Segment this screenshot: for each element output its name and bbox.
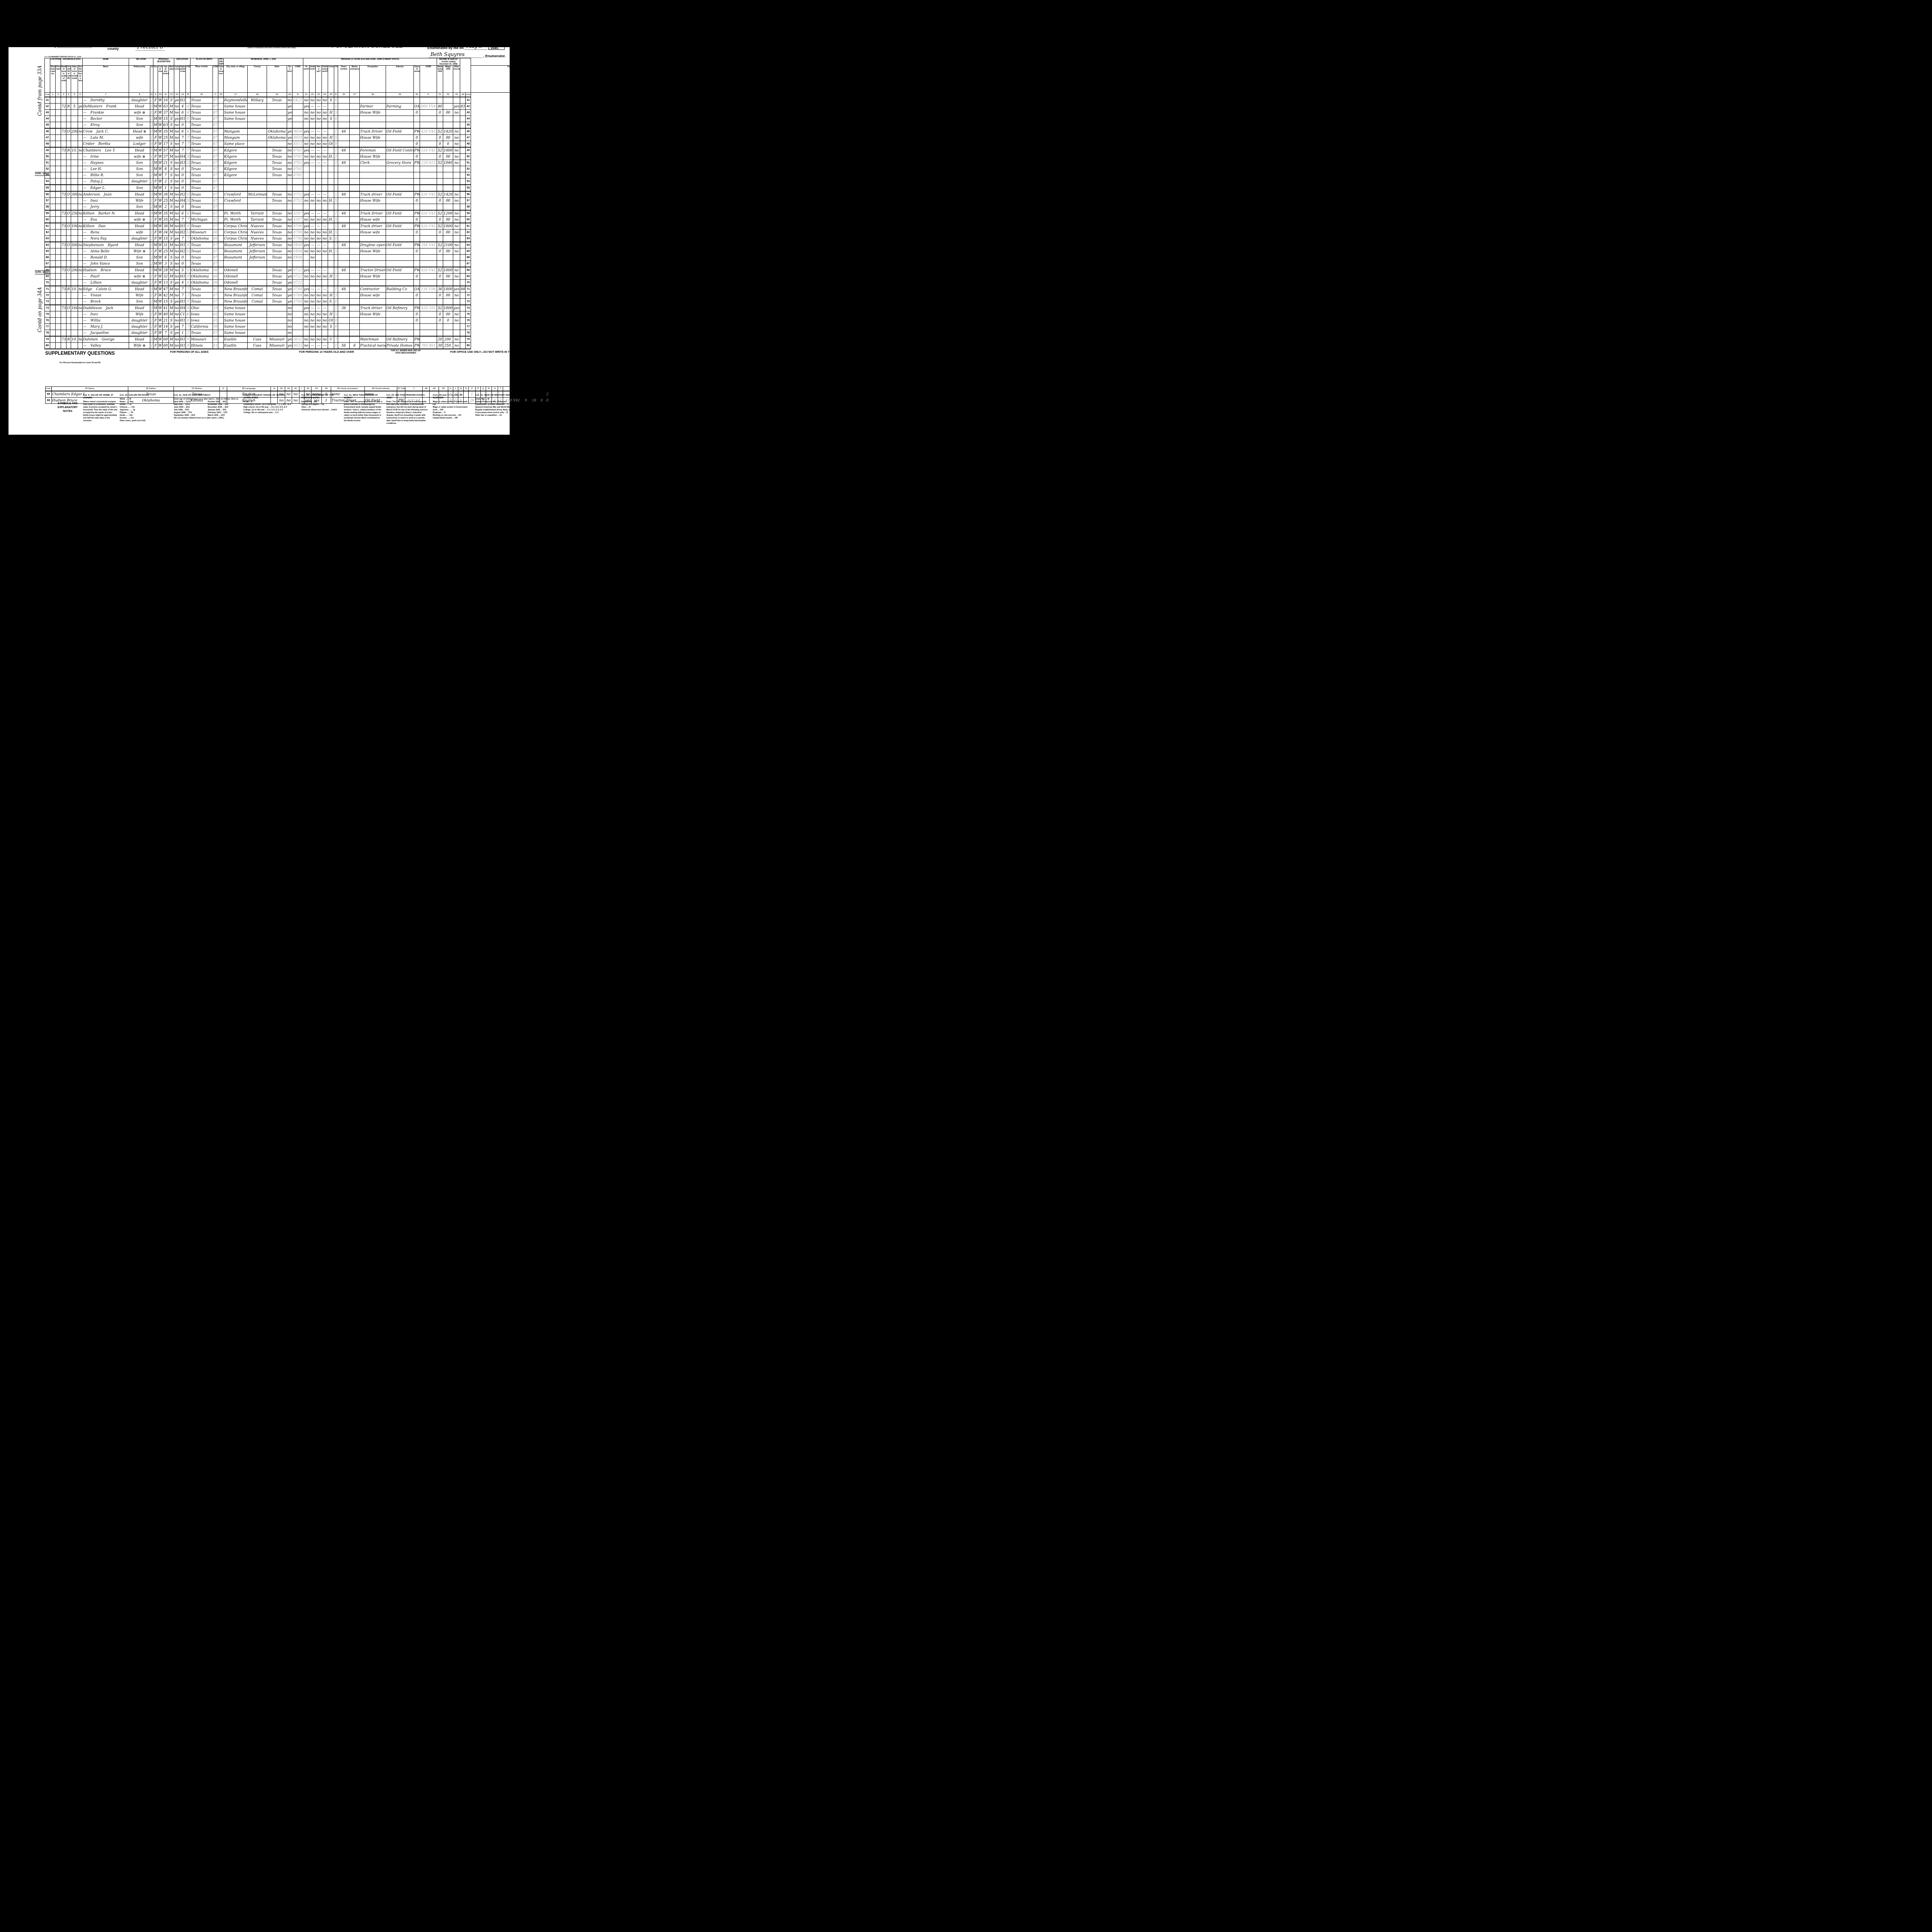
cell-marital: M xyxy=(169,210,174,217)
cell-owned xyxy=(66,116,71,122)
cell-house xyxy=(56,172,61,179)
cell-line: 70 xyxy=(466,280,471,286)
cell-c22: no xyxy=(310,324,316,330)
cell-rel: wife ⊗ xyxy=(129,217,150,223)
cell-hh: 731 xyxy=(61,147,66,154)
cell-c34 xyxy=(460,97,466,104)
cell-code-f xyxy=(420,116,437,122)
cell-sex: M xyxy=(153,242,158,248)
notes-col11-text: Enter age of children born on or after A… xyxy=(174,398,240,401)
cell-race: W xyxy=(158,185,163,191)
cell-c26 xyxy=(338,166,350,172)
cell-c32: 1420 xyxy=(443,191,453,198)
cell-state xyxy=(267,311,287,318)
cell-school: no xyxy=(174,267,180,274)
cell-marital: M xyxy=(169,311,174,318)
supp-column-label: N xyxy=(463,387,468,391)
cell-house xyxy=(56,305,61,311)
cell-c31 xyxy=(437,204,443,211)
section-citizenship: CITI-ZEN-SHIP xyxy=(218,58,224,66)
cell-code-a: 2 xyxy=(150,204,153,211)
cell-owned xyxy=(66,122,71,129)
section-employment: PERSONS 14 YEARS OLD AND OVER—EMPLOYMENT… xyxy=(303,58,437,66)
cell-school: no xyxy=(174,198,180,204)
given-name: Inez xyxy=(90,313,98,316)
cell-code-b: 9 xyxy=(186,116,190,122)
cell-street xyxy=(50,154,56,160)
cell-c21: no xyxy=(303,274,310,280)
cell-code-e: 5 xyxy=(334,154,338,160)
cell-house xyxy=(56,311,61,318)
cell-c34 xyxy=(460,141,466,148)
cell-city: Crawford xyxy=(224,198,248,204)
table-row: 46730O200.noCrowJack C.Head ⊗0MW35Mno66T… xyxy=(45,128,561,135)
cell-line: 57 xyxy=(466,198,471,204)
cell-code-d: 8761 xyxy=(293,154,303,160)
cell-school: no xyxy=(174,343,180,349)
cell-street xyxy=(50,311,56,318)
cell-race: W xyxy=(158,223,163,230)
cell-code-a: 0 xyxy=(150,210,153,217)
cell-name: —Alma Belle xyxy=(83,248,129,255)
cell-age: 15 xyxy=(163,299,169,305)
notes-col41-items: World War ... WSpanish-American War, Phi… xyxy=(475,398,518,417)
cell-house xyxy=(56,280,61,286)
cell-line: 44 xyxy=(45,116,50,122)
cell-c21 xyxy=(303,179,310,185)
cell-school: no xyxy=(174,185,180,191)
township-value: Precinct 6 xyxy=(136,44,165,51)
cell-code-c: 87 xyxy=(213,299,218,305)
cell-name: —Jacqueline xyxy=(83,330,129,337)
cell-code-a: 1 xyxy=(150,135,153,141)
column-number: B xyxy=(186,93,190,97)
cell-value: 1600. xyxy=(71,305,78,311)
cell-street xyxy=(50,110,56,116)
note-item: March 1940 ... 0/12 xyxy=(208,414,240,417)
cell-c34 xyxy=(460,242,466,248)
given-name: Brock xyxy=(90,300,101,304)
cell-sex: F xyxy=(153,293,158,299)
cell-c22: no xyxy=(310,248,316,255)
cell-c22: — xyxy=(310,343,316,349)
table-row: 77—Mary J.daughter2FW14Syes77California9… xyxy=(45,324,561,330)
note-item: December 1939 ... 3/12 xyxy=(208,406,240,409)
cell-owned xyxy=(66,318,71,324)
cell-cls: 0 xyxy=(414,110,420,116)
cell-hh xyxy=(61,274,66,280)
cell-c34 xyxy=(460,311,466,318)
cell-code-e: 5 xyxy=(334,274,338,280)
cell-age: 63 xyxy=(163,104,169,110)
cell-c24 xyxy=(322,122,328,129)
cell-c21: yes xyxy=(303,191,310,198)
sheet-value: 33 B xyxy=(489,36,504,42)
cell-county: Tarrant xyxy=(248,210,267,217)
cell-c25 xyxy=(328,166,334,172)
cell-ind xyxy=(386,236,414,242)
cell-code-f xyxy=(420,318,437,324)
cell-c34 xyxy=(460,154,466,160)
supp-cell-line: 55 xyxy=(46,391,52,398)
cell-line: 41 xyxy=(45,97,50,104)
cell-c21: no xyxy=(303,116,310,122)
cell-c33 xyxy=(453,204,460,211)
cell-grade: H3 xyxy=(180,160,186,166)
cell-occ: Truck driver xyxy=(360,305,386,311)
cell-ind: Oil Field xyxy=(386,267,414,274)
cell-code-a: 0 xyxy=(150,336,153,343)
cell-line: 59 xyxy=(466,210,471,217)
cell-rel: Head xyxy=(129,267,150,274)
cell-code-e: 5 xyxy=(334,293,338,299)
cell-marital: M xyxy=(169,248,174,255)
cell-cls xyxy=(414,116,420,122)
cell-name: —Patsy J. xyxy=(83,179,129,185)
section-income: INCOME IN 1939 (12 months ending Decembe… xyxy=(437,58,460,66)
cell-line: 66 xyxy=(466,255,471,261)
cell-code-c: 87 xyxy=(213,172,218,179)
given-name: Jack C. xyxy=(96,130,109,134)
cell-value xyxy=(71,261,78,267)
cell-state xyxy=(267,185,287,191)
cell-race: W xyxy=(158,343,163,349)
cell-c21: no xyxy=(303,343,310,349)
cell-street xyxy=(50,286,56,293)
cell-c22 xyxy=(310,166,316,172)
column-label: Activity xyxy=(328,66,334,93)
cell-c22: no xyxy=(310,217,316,223)
cell-value: 200 xyxy=(71,267,78,274)
cell-code-c: 86 xyxy=(213,274,218,280)
notes-col5: Col. 5. VALUE OF HOME, IF OWNED: Where o… xyxy=(83,394,118,422)
supp-column-label: 45 Usual occupation xyxy=(331,387,364,391)
cell-cit xyxy=(218,248,224,255)
cell-line: 48 xyxy=(466,141,471,148)
cell-code-d: 6X21 xyxy=(293,97,303,104)
cell-school: yes xyxy=(174,324,180,330)
cell-on-farm: yes xyxy=(287,293,293,299)
cell-school: no xyxy=(174,191,180,198)
cell-c27 xyxy=(350,191,360,198)
cell-street xyxy=(50,135,56,141)
cell-c24: — xyxy=(322,305,328,311)
table-row: 79739R10.noDahmenGeorgeHead0MW69MnoH19Mi… xyxy=(45,336,561,343)
cell-code-c: 87 xyxy=(213,141,218,148)
cell-hh xyxy=(61,166,66,172)
table-row: 47—Lula M.wife1FW25Mno77Texas87MangumOkl… xyxy=(45,135,561,141)
supp-column-label: L xyxy=(453,387,458,391)
cell-on-farm: no xyxy=(287,217,293,223)
cell-state: Texas xyxy=(267,210,287,217)
cell-c33: no xyxy=(453,242,460,248)
cell-cls: 0 xyxy=(414,274,420,280)
cell-farm: no xyxy=(78,147,83,154)
cell-ind xyxy=(386,311,414,318)
cell-farm xyxy=(78,204,83,211)
cell-owned xyxy=(66,97,71,104)
cell-state: Oklahoma xyxy=(267,128,287,135)
cell-name: KillionBarker N. xyxy=(83,210,129,217)
cell-c27 xyxy=(350,166,360,172)
cell-sex: F xyxy=(153,154,158,160)
cell-on-farm: yes xyxy=(287,286,293,293)
cell-code-b: 9 xyxy=(186,336,190,343)
cell-value: 500. xyxy=(71,242,78,248)
cell-occ xyxy=(360,179,386,185)
cell-c31: 0 xyxy=(437,230,443,236)
cell-value xyxy=(71,122,78,129)
cell-owned: R xyxy=(66,286,71,293)
cell-c25 xyxy=(328,330,334,337)
unincorporated-note: (Name of unincorporated place having 100… xyxy=(247,38,301,40)
cell-name: KillionDan xyxy=(83,223,129,230)
cell-ind xyxy=(386,135,414,141)
note-item: April 1939 ... 11/12 xyxy=(174,401,206,403)
cell-birth: Missouri xyxy=(190,230,213,236)
cell-code-f xyxy=(420,280,437,286)
cell-code-a: 0 xyxy=(150,128,153,135)
cell-c24 xyxy=(322,330,328,337)
cell-school: yes xyxy=(174,97,180,104)
cell-race: W xyxy=(158,280,163,286)
col-right-line-header xyxy=(460,58,471,93)
cell-line: 64 xyxy=(45,242,50,248)
cell-ind: Oil Field xyxy=(386,242,414,248)
cell-c27 xyxy=(350,97,360,104)
table-row: 62—Renawife1FW34MnoH210Missouri66Corpus … xyxy=(45,230,561,236)
cell-c24: no xyxy=(322,135,328,141)
cell-owned xyxy=(66,172,71,179)
cell-hh: 739 xyxy=(61,336,66,343)
cell-age: 57 xyxy=(163,147,169,154)
cell-c31: 0 xyxy=(437,311,443,318)
cell-birth: Illinois xyxy=(190,343,213,349)
cell-c25: H. xyxy=(328,230,334,236)
cell-c23: — xyxy=(316,242,322,248)
cell-state: Texas xyxy=(267,97,287,104)
table-row: 48CriderBerthaLodger6FW17Sno77Texas87Sam… xyxy=(45,141,561,148)
cell-street xyxy=(50,248,56,255)
cell-birth: Texas xyxy=(190,198,213,204)
cell-cit xyxy=(218,217,224,223)
cell-state: Texas xyxy=(267,236,287,242)
cell-c31: 52 xyxy=(437,160,443,166)
cell-c23: — xyxy=(316,210,322,217)
cell-street xyxy=(50,172,56,179)
cell-code-d xyxy=(293,204,303,211)
cell-line: 46 xyxy=(466,128,471,135)
unincorporated-label: Unincorporated place xyxy=(225,33,261,37)
cell-farm: no xyxy=(78,223,83,230)
column-number: 15 xyxy=(190,93,213,97)
cell-rel: Son xyxy=(129,261,150,267)
cell-line: 55 xyxy=(45,185,50,191)
cell-farm xyxy=(78,160,83,166)
cell-code-e: 1 xyxy=(334,242,338,248)
table-row: 45—ElroySon2MW6/12Sno0Texas8745 xyxy=(45,122,561,129)
cell-state: Texas xyxy=(267,286,287,293)
cell-house xyxy=(56,330,61,337)
cell-code-b: 9 xyxy=(186,242,190,248)
cell-marital: S xyxy=(169,172,174,179)
cell-c23: no xyxy=(316,293,322,299)
incorporated-label: Incorporated place xyxy=(107,33,139,37)
column-label: City, town, or village xyxy=(224,66,248,93)
section-education: EDUCATION xyxy=(174,58,190,66)
cell-on-farm: no xyxy=(287,191,293,198)
cell-farm xyxy=(78,122,83,129)
cell-code-f xyxy=(420,172,437,179)
cell-c32 xyxy=(443,122,453,129)
column-label: CODE xyxy=(213,66,218,93)
cell-c32: 250. xyxy=(443,343,453,349)
cell-hh xyxy=(61,293,66,299)
cell-c24: — xyxy=(322,147,328,154)
cell-state: Texas xyxy=(267,230,287,236)
cell-grade: 7 xyxy=(180,236,186,242)
notes-col30: Cols. 30 and 47. CLASS OF WORKER: Wage o… xyxy=(433,394,471,420)
cell-city: Same house xyxy=(224,305,248,311)
cell-name: —Jerry xyxy=(83,204,129,211)
cell-birth: Iowa xyxy=(190,318,213,324)
cell-code-d: 8784 xyxy=(293,293,303,299)
cell-owned: O xyxy=(66,242,71,248)
cell-age: 41 xyxy=(163,305,169,311)
cell-sex: M xyxy=(153,255,158,261)
cell-house xyxy=(56,116,61,122)
cell-birth: Texas xyxy=(190,255,213,261)
cell-rel: Wife ⊗ xyxy=(129,248,150,255)
cell-c27 xyxy=(350,147,360,154)
column-label: Other income? xyxy=(453,66,460,93)
cell-birth: California xyxy=(190,324,213,330)
cell-c22 xyxy=(310,204,316,211)
cell-farm xyxy=(78,97,83,104)
cell-code-f xyxy=(420,261,437,267)
cell-c25 xyxy=(328,286,334,293)
cell-cls: PW xyxy=(414,210,420,217)
cell-line: 79 xyxy=(466,336,471,343)
cell-grade: H1 xyxy=(180,223,186,230)
census-title: SIXTEENTH CENSUS OF THE UNITED STATES: 1… xyxy=(309,35,425,40)
cell-c27 xyxy=(350,110,360,116)
cell-marital: S xyxy=(169,116,174,122)
supp-all-ages-header: FOR PERSONS OF ALL AGES xyxy=(116,351,263,354)
cell-occ xyxy=(360,185,386,191)
cell-c25 xyxy=(328,267,334,274)
cell-value xyxy=(71,343,78,349)
ward-value xyxy=(207,37,222,37)
cell-line: 45 xyxy=(45,122,50,129)
table-row: 80—ValleyWife ⊗1FW60MnoH19Illinois61East… xyxy=(45,343,561,349)
cell-state: Texas xyxy=(267,198,287,204)
state-value: Texas xyxy=(54,33,80,39)
cell-school: no xyxy=(174,122,180,129)
cell-c25 xyxy=(328,122,334,129)
cell-line: 41 xyxy=(466,97,471,104)
cell-county: Jefferson xyxy=(248,255,267,261)
notes-col30-title: Cols. 30 and 47. CLASS OF WORKER: xyxy=(433,394,471,400)
cell-c23: — xyxy=(316,147,322,154)
cell-code-d: 8796 xyxy=(293,236,303,242)
cell-c26 xyxy=(338,336,350,343)
cell-code-d xyxy=(293,305,303,311)
cell-farm xyxy=(78,330,83,337)
cell-c26 xyxy=(338,261,350,267)
cell-on-farm: yes xyxy=(287,267,293,274)
cell-grade: 6 xyxy=(180,128,186,135)
cell-state: Texas xyxy=(267,255,287,261)
cell-marital: M xyxy=(169,104,174,110)
cell-grade: 0 xyxy=(180,122,186,129)
cell-value xyxy=(71,198,78,204)
cell-ind xyxy=(386,230,414,236)
cell-city: Beaumont xyxy=(224,242,248,248)
table-row: 76—Williadaughter2FW21SnoH19Iowa65Same h… xyxy=(45,318,561,324)
cell-county xyxy=(248,160,267,166)
cell-age: 47 xyxy=(163,286,169,293)
cell-farm xyxy=(78,141,83,148)
institution-value xyxy=(243,45,308,46)
cell-rel: Head xyxy=(129,305,150,311)
cell-school: no xyxy=(174,230,180,236)
cell-code-b: 7 xyxy=(186,217,190,223)
cell-marital: S xyxy=(169,204,174,211)
cell-cls: 0 xyxy=(414,248,420,255)
cell-state xyxy=(267,324,287,330)
note-item: College, 1st to 4th year ... C-1, C-2, C… xyxy=(243,409,298,412)
supp-column-label: V xyxy=(522,387,529,391)
cell-city: Kilgore xyxy=(224,172,248,179)
cell-c23: no xyxy=(316,236,322,242)
cell-city: Same house xyxy=(224,311,248,318)
cell-occ xyxy=(360,261,386,267)
cell-line: 60 xyxy=(45,217,50,223)
given-name: Dorothy xyxy=(90,99,105,102)
surname: Killion xyxy=(83,212,94,216)
cell-age: 31 xyxy=(163,242,169,248)
cell-c31 xyxy=(437,236,443,242)
column-number: 26 xyxy=(338,93,350,97)
cell-c31: 0 xyxy=(437,274,443,280)
cell-state xyxy=(267,305,287,311)
cell-code-d: 6632 xyxy=(293,343,303,349)
notes-col41-title: Col. 41. WAR OR MILITARY SERVICE: xyxy=(475,394,518,397)
cell-code-e: 1 xyxy=(334,128,338,135)
cell-farm xyxy=(78,198,83,204)
supp-office-cell xyxy=(539,391,545,398)
cell-name: —Rena xyxy=(83,230,129,236)
cell-city: Eastlin xyxy=(224,336,248,343)
cell-c34 xyxy=(460,191,466,198)
cell-farm xyxy=(78,318,83,324)
cell-c22 xyxy=(310,330,316,337)
column-number: 30 xyxy=(414,93,420,97)
cell-sex: F xyxy=(153,230,158,236)
cell-code-c: 87 xyxy=(213,110,218,116)
cell-hh: 735 xyxy=(61,242,66,248)
cell-code-f: 316 V41 xyxy=(420,147,437,154)
cell-c23 xyxy=(316,172,322,179)
given-name: Lee T. xyxy=(105,149,116,153)
cell-code-d: 8751 xyxy=(293,198,303,204)
cell-code-b xyxy=(186,97,190,104)
cell-c27 xyxy=(350,299,360,305)
notes-col14-title: Col. 14. HIGHEST GRADE OF SCHOOL COMPLET… xyxy=(243,394,298,400)
cell-c23 xyxy=(316,330,322,337)
cell-ind: Oil Field xyxy=(386,191,414,198)
